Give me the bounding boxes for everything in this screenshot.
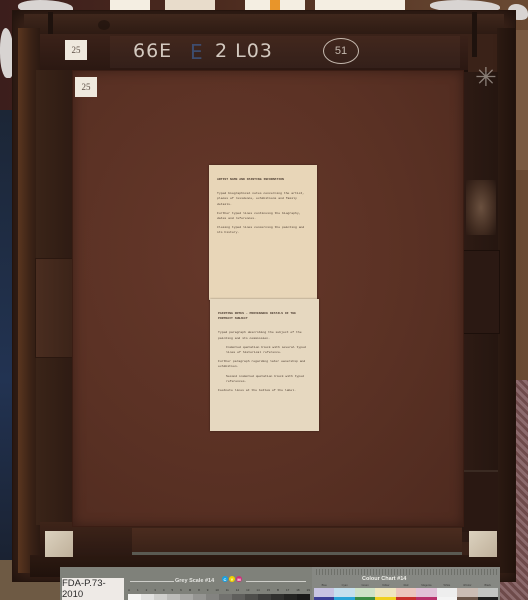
corner-pad-left — [45, 531, 73, 557]
tick-label: 2 — [146, 588, 148, 592]
swatch-label: White — [437, 584, 457, 587]
tick-label: 3 — [154, 588, 156, 592]
grey-scale-patches — [128, 594, 310, 600]
tick-label: 19 — [307, 588, 310, 592]
worn-wood-patch — [466, 180, 496, 235]
tick-label: 4 — [163, 588, 165, 592]
tick-label: 13 — [246, 588, 249, 592]
colour-swatch — [355, 588, 375, 600]
hanging-bracket-right — [472, 12, 477, 57]
grey-patch — [297, 594, 310, 600]
tick-label: 10 — [215, 588, 218, 592]
chalk-inscription-main: 66E — [133, 40, 172, 62]
swatch-label: Red — [396, 584, 416, 587]
measurement-ruler — [316, 569, 498, 575]
colour-swatch — [416, 588, 436, 600]
label-paragraph: Typed paragraph describing the subject o… — [218, 330, 311, 340]
colour-swatch — [375, 588, 395, 600]
number-sticker: 25 — [65, 40, 87, 60]
tick-label: 11 — [226, 588, 229, 592]
colour-swatch — [457, 588, 477, 600]
frame-bottom-groove — [132, 528, 462, 555]
grey-patch — [232, 594, 245, 600]
frame-top-rail — [24, 14, 504, 34]
grey-patch — [193, 594, 206, 600]
corner-pad-right — [469, 531, 497, 557]
grey-scale-rule — [246, 581, 306, 582]
tick-label: B — [277, 588, 279, 592]
cyan-marker-icon: C — [222, 576, 228, 582]
chalk-star-mark: ✳ — [475, 62, 497, 93]
grey-patch — [180, 594, 193, 600]
typed-label-artist: ARTIST NAME AND PAINTING INFORMATION Typ… — [209, 165, 317, 300]
stretcher-right-lower-block — [462, 470, 498, 532]
grey-patch — [154, 594, 167, 600]
stretcher-right-block — [462, 250, 500, 334]
colour-swatch — [478, 588, 498, 600]
label-paragraph: Further paragraph regarding later owners… — [218, 359, 311, 369]
colour-swatch — [437, 588, 457, 600]
label-title: PAINTING NOTES - PROVENANCE DETAILS OF T… — [218, 311, 311, 321]
label-footnote: Footnote lines at the bottom of the labe… — [218, 388, 311, 393]
grey-patch — [219, 594, 232, 600]
tick-label: 14 — [256, 588, 259, 592]
tick-label: 18 — [296, 588, 299, 592]
stretcher-left-block — [35, 258, 77, 358]
grey-scale-rule — [130, 581, 174, 582]
colour-swatches — [314, 588, 498, 600]
tick-label: 8 — [198, 588, 200, 592]
magenta-marker-icon: M — [236, 576, 242, 582]
label-quotation: Indented quotation block with several ty… — [218, 345, 311, 355]
chalk-inscription-blue: E — [190, 40, 204, 64]
tick-label: 6 — [180, 588, 182, 592]
chalk-inscription-secondary: 2 L03 — [215, 40, 273, 62]
tick-label: 9 — [207, 588, 209, 592]
swatch-label: Green — [355, 584, 375, 587]
tick-label: 17 — [286, 588, 289, 592]
swatch-label: Magenta — [416, 584, 436, 587]
grey-patch — [271, 594, 284, 600]
typed-label-provenance: PAINTING NOTES - PROVENANCE DETAILS OF T… — [210, 299, 319, 431]
tick-label: 15 — [267, 588, 270, 592]
colour-chart-title: Colour Chart #14 — [362, 576, 406, 582]
colour-swatch — [334, 588, 354, 600]
label-paragraph: Typed biographical notes concerning the … — [217, 191, 309, 207]
grey-patch — [128, 594, 141, 600]
accession-number-label: FDA-P.73-2010 — [62, 578, 124, 600]
grey-patch — [245, 594, 258, 600]
colour-swatch — [396, 588, 416, 600]
tick-label: 12 — [236, 588, 239, 592]
chalk-circled-number: 51 — [323, 38, 359, 64]
grey-patch — [284, 594, 297, 600]
swatch-label: 3/Color — [457, 584, 477, 587]
grey-patch — [141, 594, 154, 600]
grey-patch — [167, 594, 180, 600]
swatch-label: Cyan — [334, 584, 354, 587]
colour-swatch — [314, 588, 334, 600]
label-paragraph: Closing typed lines concerning the paint… — [217, 225, 309, 235]
swatch-label: Yellow — [375, 584, 395, 587]
label-quotation: Second indented quotation block with typ… — [218, 374, 311, 384]
yellow-marker-icon: Y — [229, 576, 235, 582]
grey-patch — [206, 594, 219, 600]
grey-scale-ticks: A 1 2 3 4 5 6 M 8 9 10 11 12 13 14 15 B … — [128, 588, 310, 592]
number-sticker: 25 — [75, 77, 97, 97]
colour-swatch-labels: BlueCyanGreenYellowRedMagentaWhite3/Colo… — [314, 584, 498, 587]
grey-scale-title: Grey Scale #14 — [175, 578, 214, 584]
grey-patch — [258, 594, 271, 600]
swatch-label: Black — [478, 584, 498, 587]
label-title: ARTIST NAME AND PAINTING INFORMATION — [217, 177, 309, 182]
tick-label: A — [128, 588, 130, 592]
tick-label: M — [189, 588, 192, 592]
screw-holes — [98, 20, 110, 30]
tick-label: 1 — [137, 588, 139, 592]
label-paragraph: Further typed lines continuing the biogr… — [217, 211, 309, 221]
tick-label: 5 — [171, 588, 173, 592]
swatch-label: Blue — [314, 584, 334, 587]
